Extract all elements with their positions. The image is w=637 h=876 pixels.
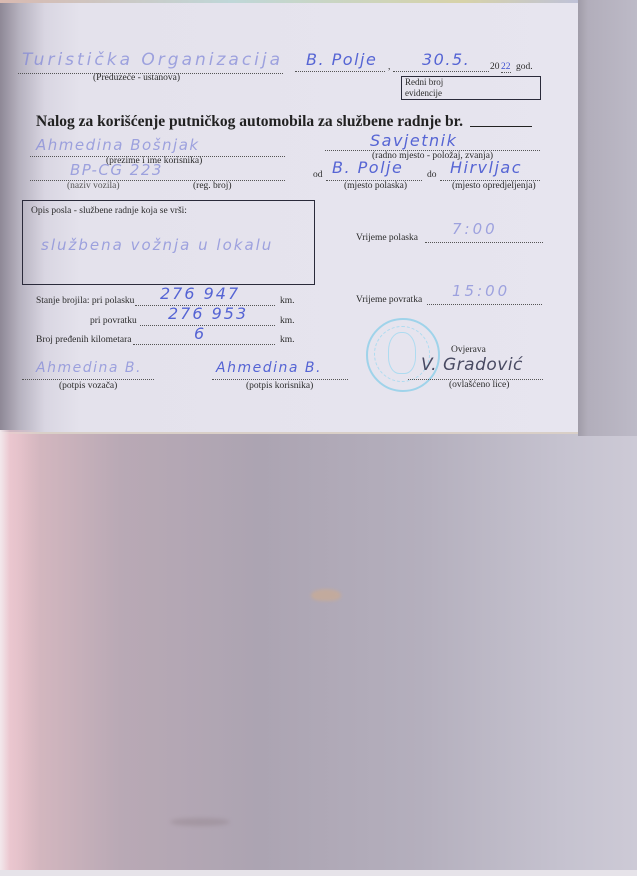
work-description-value: službena vožnja u lokalu (41, 236, 273, 254)
scan-edge (0, 0, 578, 3)
distance-label: Broj pređenih kilometara (36, 335, 132, 345)
vehicle-reg-caption: (reg. broj) (193, 181, 232, 191)
scan-bottom-edge (0, 870, 637, 876)
departure-time-line (425, 242, 543, 243)
return-time-label: Vrijeme povratka (356, 295, 422, 305)
organization-value: Turistička Organizacija (22, 50, 283, 70)
year-suffix: god. (516, 62, 533, 72)
user-value: Ahmedina Bošnjak (36, 136, 200, 154)
scan-glare (0, 430, 40, 876)
odometer-start-unit: km. (280, 296, 295, 306)
comma: , (388, 62, 390, 72)
route-from-value: B. Polje (332, 158, 403, 177)
date-value: 30.5. (422, 50, 470, 69)
distance-line (133, 344, 275, 345)
vehicle-value: BP-CG 223 (70, 161, 163, 179)
paper-smudge (311, 589, 341, 601)
approval-caption: (ovlašćeno lice) (449, 380, 509, 390)
approval-signature: V. Gradović (421, 355, 523, 375)
place-line (295, 71, 385, 72)
registry-label-line1: Redni broj (405, 77, 443, 87)
departure-time-value: 7:00 (452, 220, 498, 238)
odometer-end-unit: km. (280, 316, 295, 326)
date-line (393, 71, 489, 72)
odometer-end-label: pri povratku (90, 316, 137, 326)
registry-number-box[interactable]: Redni broj evidencije (401, 76, 541, 100)
order-number-line[interactable] (470, 126, 532, 127)
distance-unit: km. (280, 335, 295, 345)
work-description-box[interactable]: Opis posla - službene radnje koja se vrš… (22, 200, 315, 285)
place-value: B. Polje (306, 50, 377, 69)
paper-smudge (170, 818, 230, 826)
route-to-value: Hirvljac (450, 158, 522, 177)
return-time-line (427, 304, 542, 305)
route-to-caption: (mjesto opredjeljenja) (452, 181, 536, 191)
organization-caption: (Preduzeće - ustanova) (93, 73, 180, 83)
odometer-end-value: 276 953 (168, 304, 248, 323)
registry-label-line2: evidencije (405, 88, 442, 98)
year-printed: 20 (490, 62, 500, 72)
driver-signature: Ahmedina B. (36, 360, 142, 376)
departure-time-label: Vrijeme polaska (356, 233, 418, 243)
vehicle-name-caption: (naziv vozila) (67, 181, 120, 191)
distance-value: 6 (194, 324, 206, 343)
route-from-label: od (313, 170, 323, 180)
driver-signature-line (22, 379, 154, 380)
driver-caption: (potpis vozača) (59, 381, 117, 391)
paper-shadow (578, 0, 637, 436)
year-value: 22 (501, 62, 511, 73)
odometer-end-line (140, 325, 275, 326)
approval-label: Ovjerava (451, 345, 486, 355)
return-time-value: 15:00 (452, 282, 510, 300)
work-description-label: Opis posla - službene radnje koja se vrš… (31, 206, 187, 216)
route-from-caption: (mjesto polaska) (344, 181, 407, 191)
odometer-start-label: Stanje brojila: pri polasku (36, 296, 134, 306)
form-title: Nalog za korišćenje putničkog automobila… (36, 113, 463, 131)
route-to-label: do (427, 170, 437, 180)
odometer-start-value: 276 947 (160, 284, 240, 303)
user-signature: Ahmedina B. (216, 360, 322, 376)
user-caption: (potpis korisnika) (246, 381, 313, 391)
position-value: Savjetnik (370, 131, 457, 150)
form-sheet: Turistička Organizacija (Preduzeće - ust… (0, 0, 578, 434)
user-signature-line (212, 379, 348, 380)
